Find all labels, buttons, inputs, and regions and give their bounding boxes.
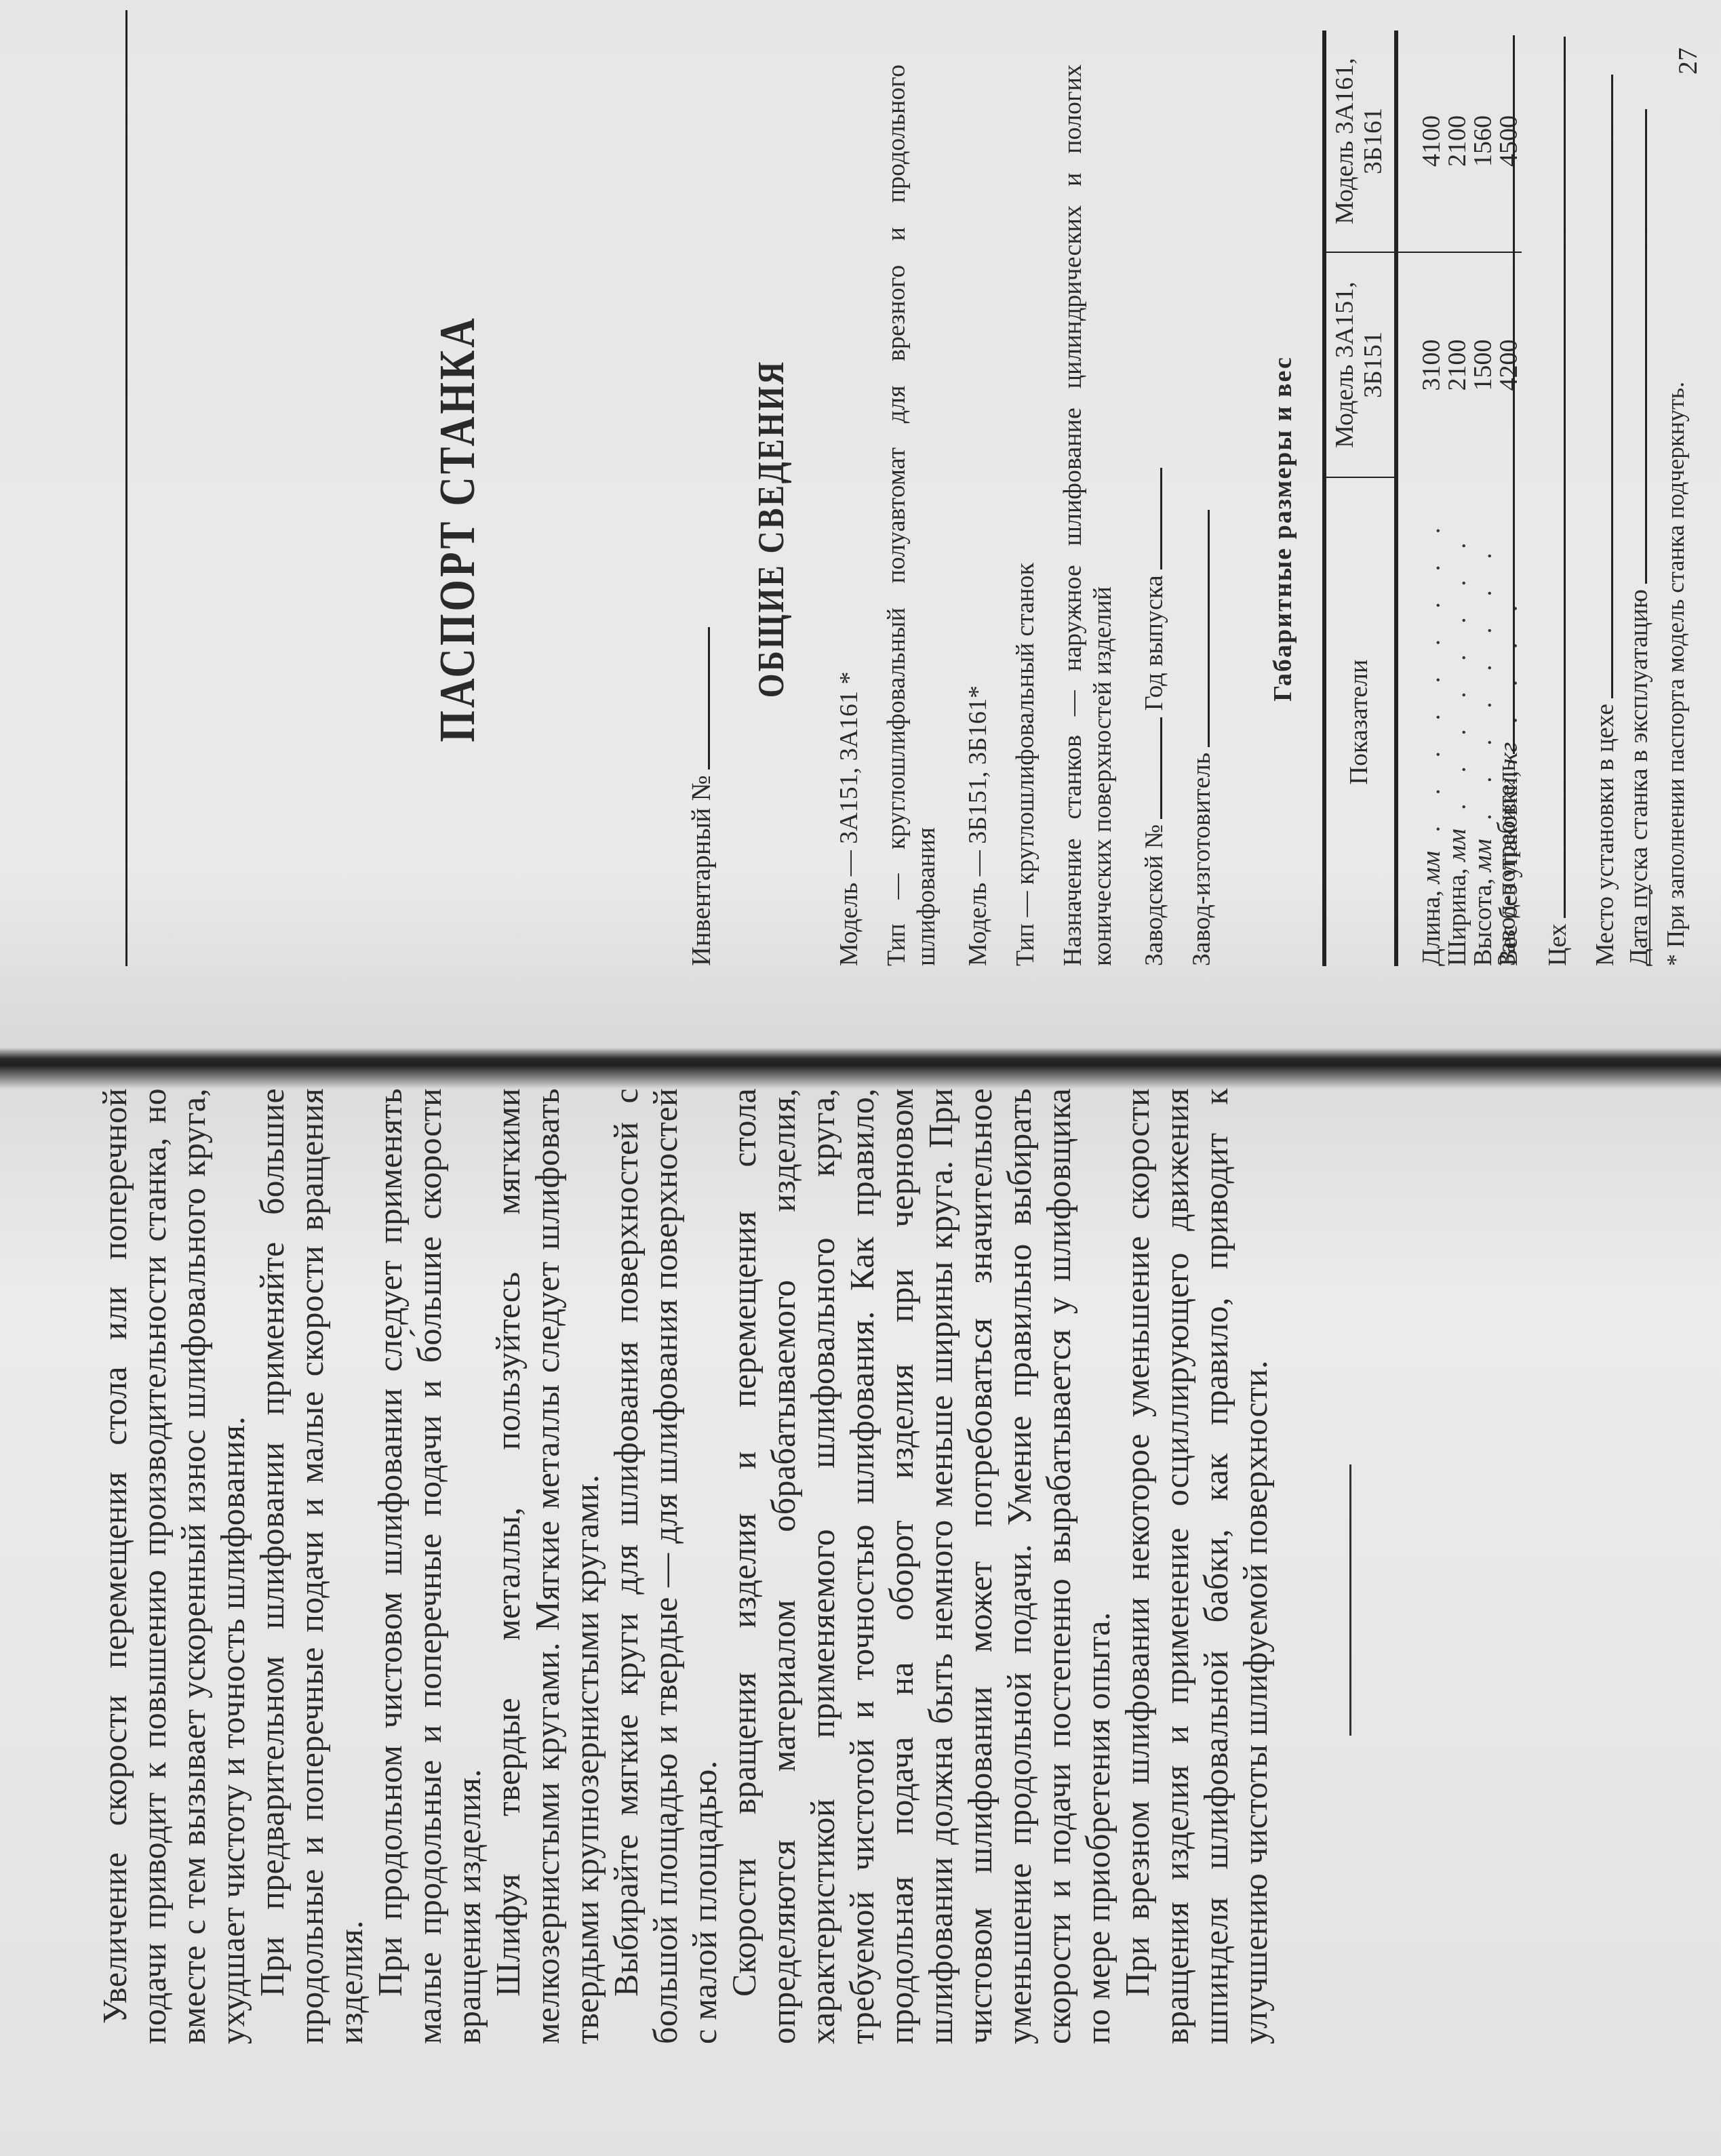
column-header: Показатели [1324,477,1396,966]
book-spread: Увеличение скорости перемещения стола ил… [0,0,1721,2156]
fill-line [1645,109,1647,584]
right-page: ПАСПОРТ СТАНКА Инвентарный № ОБЩИЕ СВЕДЕ… [0,0,1721,1058]
location-field: Место установки в цехе [1590,75,1620,966]
cell-value: 2100 [1444,252,1470,477]
inventory-label: Инвентарный № [686,775,716,966]
column-header: Модель 3А161, 3Б161 [1324,31,1396,252]
column-header: Модель 3А151, 3Б151 [1324,252,1396,477]
launch-date-field: Дата пуска станка в эксплуатацию [1624,109,1654,966]
row-label: Длина, мм . . . . . . . . . [1396,477,1444,966]
fill-line [1564,37,1566,918]
cell-value: 2100 [1444,31,1470,252]
inventory-number-field: Инвентарный № [685,627,717,966]
fill-line [1208,510,1210,747]
shop-label: Цех [1543,923,1572,966]
paragraph: Шлифуя твердые металлы, пользуйтесь мягк… [488,1088,606,2044]
type-line-1: Тип — круглошлифовальный полуавтомат для… [882,64,941,966]
manufacturer-field: Завод-изготовитель [1187,64,1216,966]
shop-field: Цех [1543,37,1572,966]
purpose-line: Назначение станков — наружное шлифование… [1058,64,1117,966]
fill-line [1160,468,1162,570]
paragraph: Выбирайте мягкие круги для шлифования по… [606,1088,724,2044]
section-title: ОБЩИЕ СВЕДЕНИЯ [749,0,793,1058]
cell-value: 4100 [1396,31,1444,252]
year-label: Год выпуска [1140,575,1168,711]
type-line-2: Тип — круглошлифовальный станок [1010,64,1040,966]
footnote: * При заполнении паспорта модель станка … [1661,382,1690,966]
top-rule [125,10,127,966]
serial-year-field: Заводской № Год выпуска [1139,64,1169,966]
manufacturer-label: Завод-изготовитель [1187,753,1216,966]
fill-line [1160,717,1162,819]
table-row: Ширина, мм . . . . . . . . 2100 2100 [1444,31,1470,966]
paragraph: При предварительном шлифовании применяйт… [252,1088,370,2044]
table-row: Длина, мм . . . . . . . . . 3100 4100 [1396,31,1444,966]
paragraph: Увеличение скорости перемещения стола ил… [95,1088,252,2044]
paragraph: При продольном чистовом шлифовании следу… [370,1088,488,2044]
table-caption: Габаритные размеры и вес [1268,0,1298,1058]
cell-value: 3100 [1396,252,1444,477]
model-line-1: Модель — 3А151, 3А161 * [834,64,864,966]
paragraph: Скорости вращения изделия и перемещения … [724,1088,1117,2044]
page-number: 27 [1671,47,1703,75]
paragraph: При врезном шлифовании некоторое уменьше… [1117,1088,1275,2044]
fill-line [708,627,710,770]
serial-label: Заводской № [1140,824,1168,966]
page-title: ПАСПОРТ СТАНКА [428,0,486,1058]
row-label: Ширина, мм . . . . . . . . [1444,477,1470,966]
consumer-label: Завод-потребитель [1492,759,1521,966]
model-line-2: Модель — 3Б151, 3Б161* [963,64,993,966]
location-label: Место установки в цехе [1591,704,1619,966]
fill-line [1611,75,1613,698]
consumer-field: Завод-потребитель [1492,35,1522,966]
left-page: Увеличение скорости перемещения стола ил… [0,1061,1721,2156]
fill-line [1513,35,1515,754]
body-text: Увеличение скорости перемещения стола ил… [95,1088,1275,2044]
end-of-section-rule [1349,1464,1351,1736]
footnote-rule [1649,885,1650,966]
